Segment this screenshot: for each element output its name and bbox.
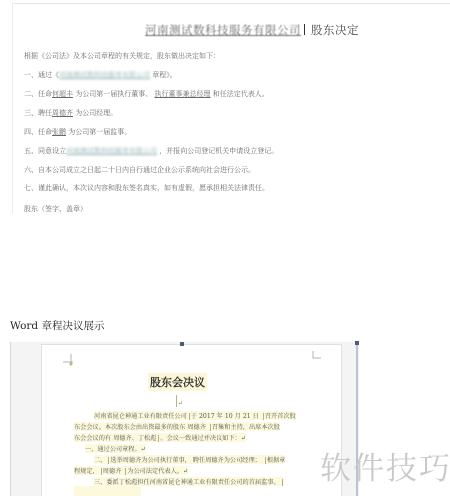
doc1-title-company: 河南测试数科技服务有限公司: [145, 23, 301, 37]
doc1-line-6: 六、自本公司成立之日起二十日内自行通过企业公示系统向社会进行公示。: [24, 165, 255, 175]
doc1-line-intro: 根据《公司法》及本公司章程的有关规定，股东做出决定如下：: [24, 51, 220, 61]
doc1-signature-line: 股东（签字、盖章）: [24, 204, 87, 214]
resize-handle-top[interactable]: [180, 342, 184, 346]
margin-corner-top-left-icon: [63, 354, 73, 366]
word-line-1: 河南省昆仑神通工业有限责任公司于 2017 年 10 月 21 日 召开首次股: [94, 411, 296, 420]
doc1-line-5: 五、同意设立河南测试数科技服务有限公司 ，并报向公司登记机关申请设立登记。: [24, 146, 278, 156]
word-line-4: 一、通过公司章程。↵: [85, 444, 146, 453]
highlight-band: [74, 486, 141, 496]
doc1-title-suffix: 股东决定: [311, 23, 359, 37]
doc1-line-7: 七、谨此确认，本次议内容和股东签名真实，如有虚假，愿承担相关法律责任。: [24, 183, 269, 193]
section-label: Word 章程决议展示: [10, 318, 104, 333]
doc1-line-1: 一、通过《河南测试数科技服务有限公司 章程》。: [24, 70, 177, 80]
margin-corner-top-right-icon: [311, 351, 321, 361]
word-line-7: 三、委派丁松彪担任河南省昆仑神通工业有限责任公司的首届监事。: [94, 477, 284, 486]
doc1-line-2: 二、任命何超丰 为公司第一届执行董事、 执行董事兼总经理 和任法定代表人。: [24, 89, 269, 99]
word-doc-title: 股东会决议: [148, 373, 207, 391]
resize-handle-top-right[interactable]: [355, 341, 359, 345]
word-line-5: 二、选举周德齐为公司执行董事， 聘任周德齐为公司经理； 根据章: [94, 455, 285, 464]
doc1-line-4: 四、任命张鹏 为公司第一届监事。: [24, 127, 131, 137]
doc1-title: 河南测试数科技服务有限公司股东决定: [145, 22, 359, 38]
word-line-2: 东会会议。本次股东会由出资最多的股东 周德齐 召集和主持，出席本次股: [74, 422, 280, 431]
watermark: 软件技巧: [320, 443, 450, 488]
word-line-6: 程规定，周德齐 为公司法定代表人。↵: [74, 466, 188, 475]
paragraph-mark: ↵: [176, 395, 183, 407]
word-line-3: 东会会议的有 周德齐、丁松彪。会议一致通过并决议如下：↵: [74, 433, 246, 442]
doc1-line-3: 三、聘任周德齐 为公司经理。: [24, 108, 117, 118]
text-cursor: [304, 24, 305, 35]
